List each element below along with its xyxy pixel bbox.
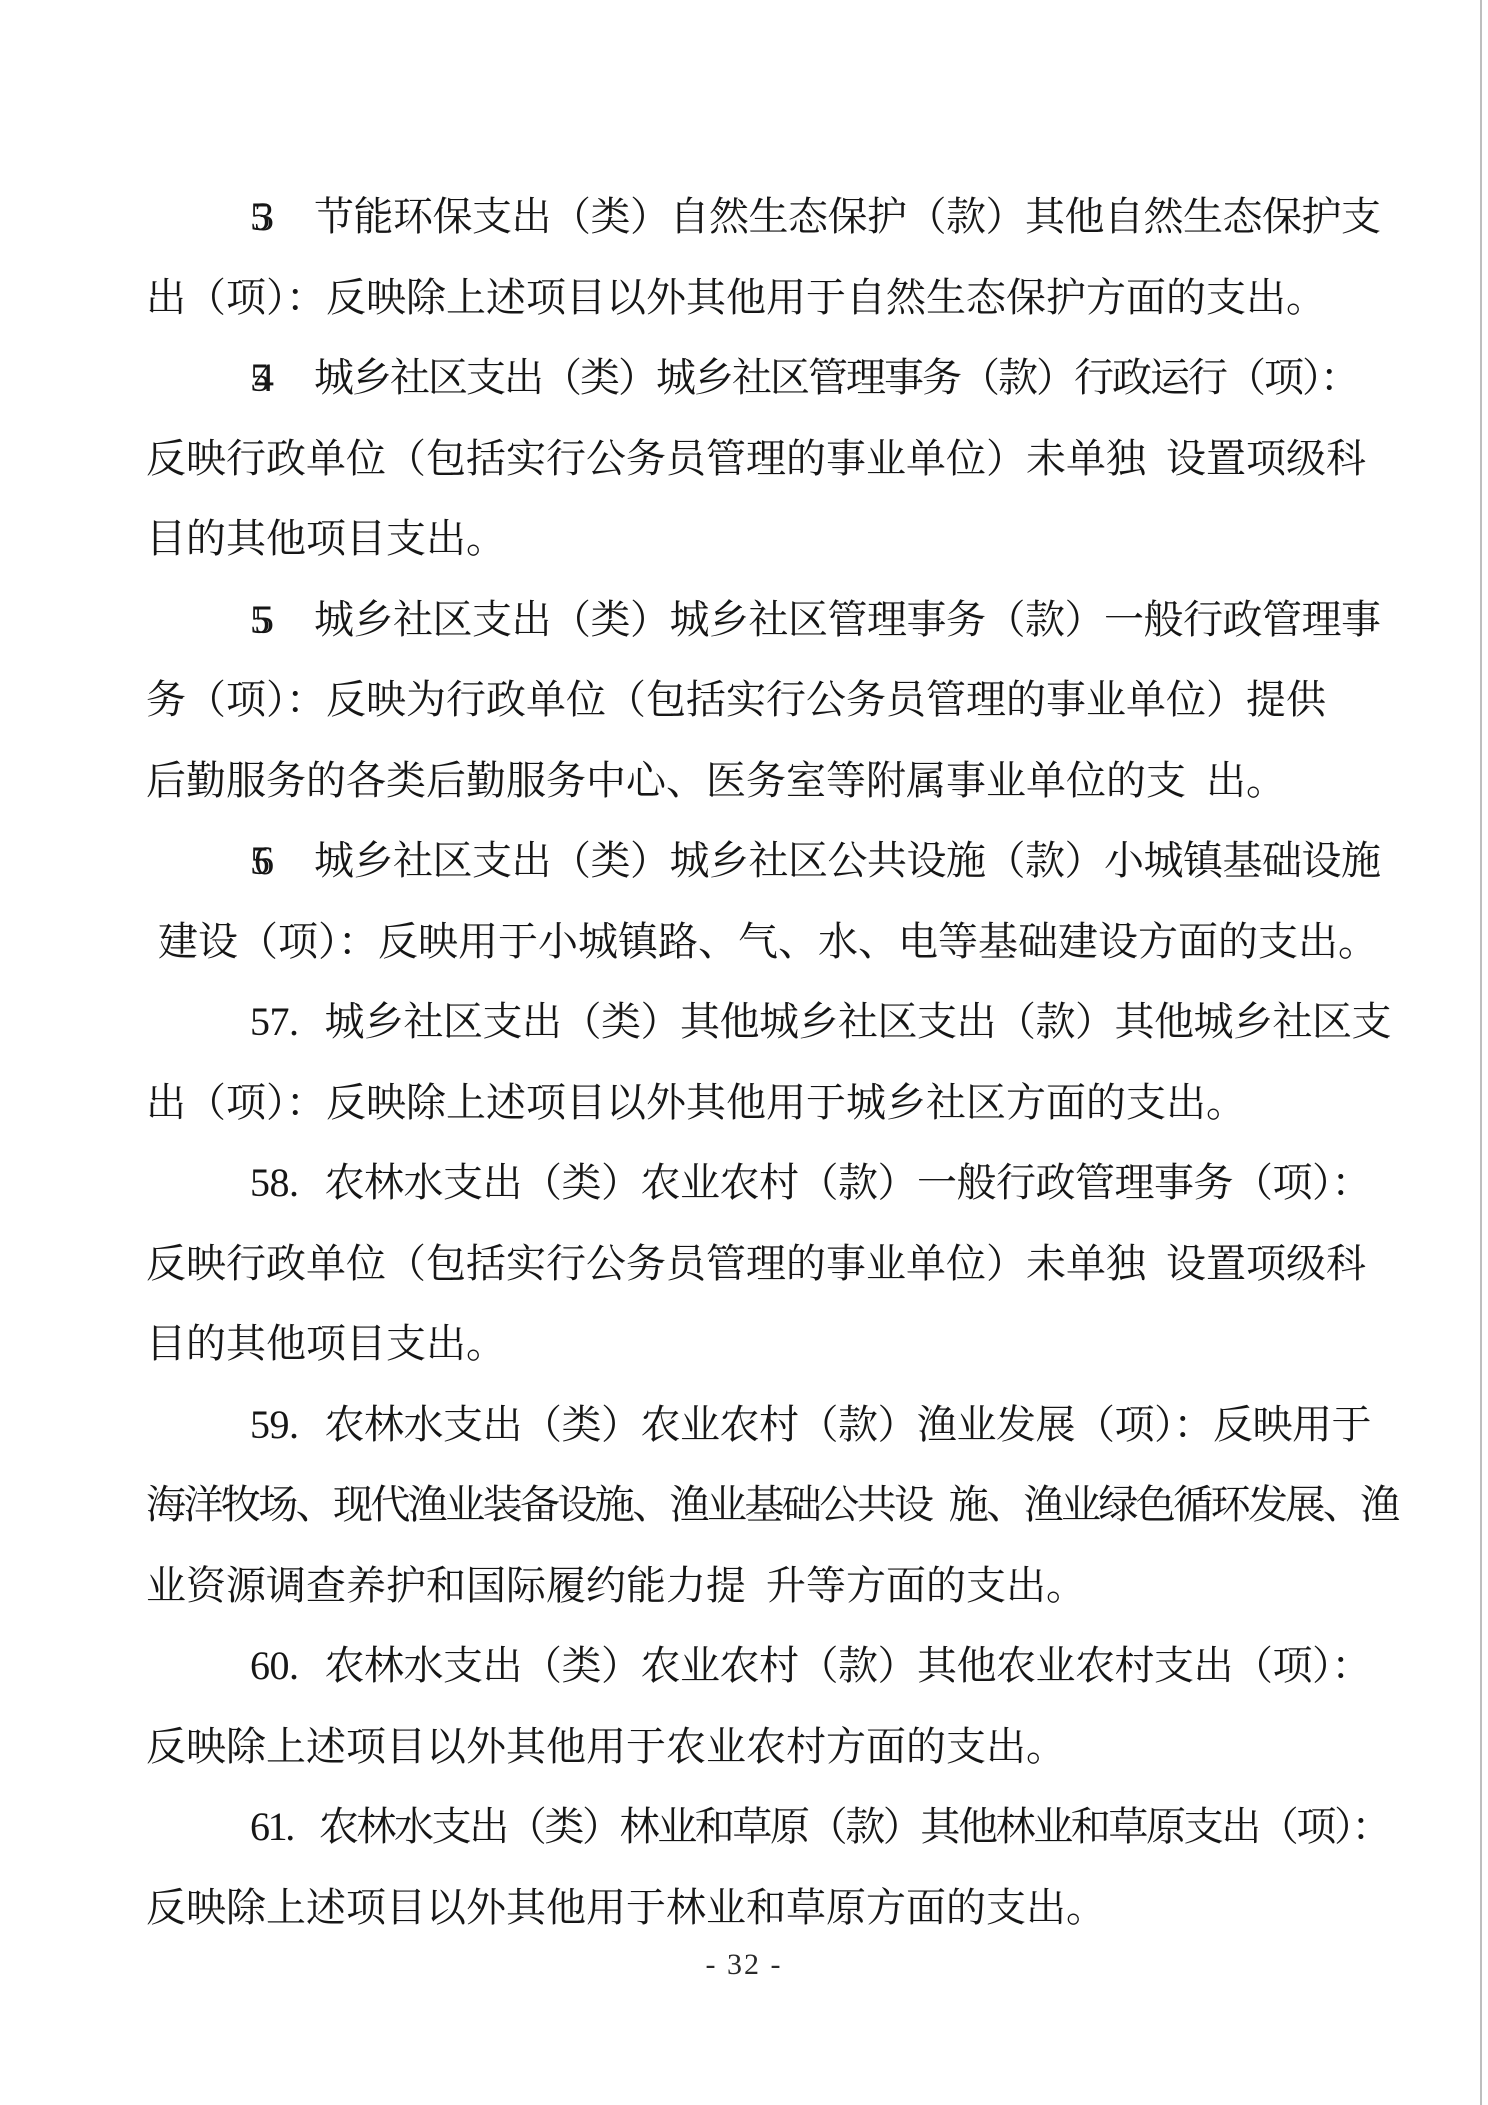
page-number: - 32 - [0, 1948, 1488, 1982]
line-text: 业资源调查养护和国际履约能力提 升等方面的支出。 [146, 1563, 1086, 1608]
line-text: 城乡社区支出（类）城乡社区管理事务（款）一般行政管理事 [314, 597, 1381, 642]
line-text: 出（项）：反映除上述项目以外其他用于城乡社区方面的支出。 [146, 1080, 1246, 1125]
text-line: 55城乡社区支出（类）城乡社区管理事务（款）一般行政管理事 [146, 580, 1406, 661]
item-number: 56 [250, 838, 258, 883]
item-number: 57. [250, 999, 299, 1044]
text-line: 后勤服务的各类后勤服务中心、医务室等附属事业单位的支 出。 [146, 741, 1406, 822]
text-line: 目的其他项目支出。 [146, 499, 1406, 580]
item-number: 58. [250, 1160, 299, 1205]
line-text: 海洋牧场、现代渔业装备设施、渔业基础公共设 施、渔业绿色循环发展、渔 [146, 1482, 1398, 1527]
text-line: 海洋牧场、现代渔业装备设施、渔业基础公共设 施、渔业绿色循环发展、渔 [146, 1465, 1406, 1546]
text-line: 58.农林水支出（类）农业农村（款）一般行政管理事务（项）： [146, 1143, 1406, 1224]
text-line: 反映行政单位（包括实行公务员管理的事业单位）未单独 设置项级科 [146, 1224, 1406, 1305]
text-line: 61.农林水支出（类）林业和草原（款）其他林业和草原支出（项）： [146, 1787, 1406, 1868]
line-text: 务（项）：反映为行政单位（包括实行公务员管理的事业单位）提供 [146, 677, 1326, 722]
text-line: 建设（项）：反映用于小城镇路、气、水、电等基础建设方面的支出。 [146, 902, 1406, 983]
text-line: 59.农林水支出（类）农业农村（款）渔业发展（项）：反映用于 [146, 1385, 1406, 1466]
text-line: 53节能环保支出（类）自然生态保护（款）其他自然生态保护支 [146, 177, 1406, 258]
text-line: 反映除上述项目以外其他用于林业和草原方面的支出。 [146, 1868, 1406, 1949]
scan-edge-artifact [1480, 0, 1482, 2105]
text-line: 目的其他项目支出。 [146, 1304, 1406, 1385]
text-line: 54城乡社区支出（类）城乡社区管理事务（款）行政运行（项）： [146, 338, 1406, 419]
text-line: 出（项）：反映除上述项目以外其他用于城乡社区方面的支出。 [146, 1063, 1406, 1144]
line-text: 目的其他项目支出。 [146, 516, 506, 561]
text-line: 反映行政单位（包括实行公务员管理的事业单位）未单独 设置项级科 [146, 419, 1406, 500]
text-line: 56城乡社区支出（类）城乡社区公共设施（款）小城镇基础设施 [146, 821, 1406, 902]
item-number: 54 [250, 355, 258, 400]
text-line: 反映除上述项目以外其他用于农业农村方面的支出。 [146, 1707, 1406, 1788]
line-text: 城乡社区支出（类）城乡社区管理事务（款）行政运行（项）： [314, 355, 1358, 400]
line-text: 反映行政单位（包括实行公务员管理的事业单位）未单独 设置项级科 [146, 1241, 1366, 1286]
line-text: 城乡社区支出（类）其他城乡社区支出（款）其他城乡社区支 [325, 999, 1392, 1044]
document-page: { "page": { "background": "#ffffff", "te… [0, 0, 1488, 2105]
item-number: 60. [250, 1643, 299, 1688]
item-number: 61. [250, 1804, 293, 1849]
line-text: 农林水支出（类）农业农村（款）渔业发展（项）：反映用于 [325, 1402, 1372, 1447]
text-line: 出（项）：反映除上述项目以外其他用于自然生态保护方面的支出。 [146, 258, 1406, 339]
line-text: 建设（项）：反映用于小城镇路、气、水、电等基础建设方面的支出。 [158, 919, 1378, 964]
item-number: 55 [250, 597, 258, 642]
item-number: 53 [250, 194, 258, 239]
line-text: 城乡社区支出（类）城乡社区公共设施（款）小城镇基础设施 [314, 838, 1381, 883]
line-text: 农林水支出（类）农业农村（款）一般行政管理事务（项）： [325, 1160, 1372, 1205]
document-body: 53节能环保支出（类）自然生态保护（款）其他自然生态保护支出（项）：反映除上述项… [146, 177, 1406, 1948]
line-text: 反映除上述项目以外其他用于林业和草原方面的支出。 [146, 1885, 1106, 1930]
line-text: 农林水支出（类）农业农村（款）其他农业农村支出（项）： [325, 1643, 1372, 1688]
line-text: 出（项）：反映除上述项目以外其他用于自然生态保护方面的支出。 [146, 275, 1326, 320]
item-number: 59. [250, 1402, 299, 1447]
line-text: 后勤服务的各类后勤服务中心、医务室等附属事业单位的支 出。 [146, 758, 1286, 803]
text-line: 业资源调查养护和国际履约能力提 升等方面的支出。 [146, 1546, 1406, 1627]
line-text: 目的其他项目支出。 [146, 1321, 506, 1366]
line-text: 农林水支出（类）林业和草原（款）其他林业和草原支出（项）： [319, 1804, 1389, 1849]
line-text: 反映行政单位（包括实行公务员管理的事业单位）未单独 设置项级科 [146, 436, 1366, 481]
text-line: 57.城乡社区支出（类）其他城乡社区支出（款）其他城乡社区支 [146, 982, 1406, 1063]
line-text: 节能环保支出（类）自然生态保护（款）其他自然生态保护支 [314, 194, 1381, 239]
line-text: 反映除上述项目以外其他用于农业农村方面的支出。 [146, 1724, 1066, 1769]
text-line: 60.农林水支出（类）农业农村（款）其他农业农村支出（项）： [146, 1626, 1406, 1707]
text-line: 务（项）：反映为行政单位（包括实行公务员管理的事业单位）提供 [146, 660, 1406, 741]
